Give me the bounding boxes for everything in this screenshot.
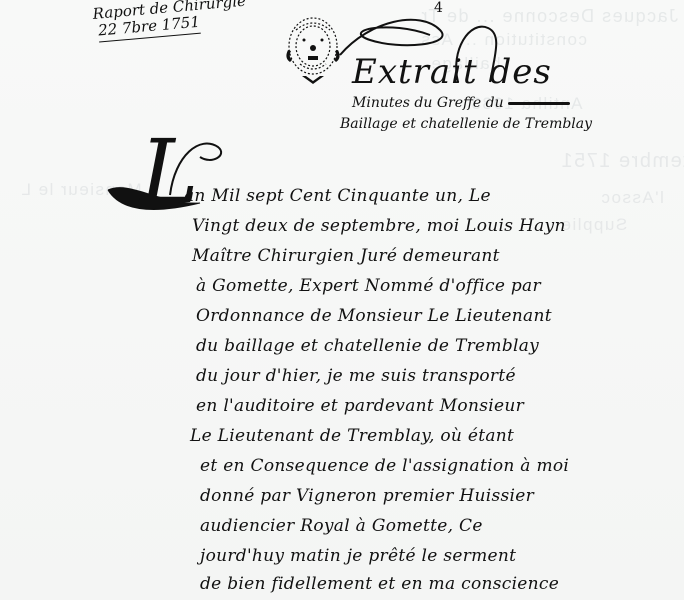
body-line: du baillage et chatellenie de Tremblay xyxy=(196,336,539,356)
body-line: du jour d'hier, je me suis transporté xyxy=(196,366,516,386)
body-line: à Gomette, Expert Nommé d'office par xyxy=(196,276,541,296)
document-title: Extrait des xyxy=(352,52,552,92)
body-line: Le Lieutenant de Tremblay, où étant xyxy=(190,426,514,446)
document-subtitle-line1: Minutes du Greffe du xyxy=(352,95,570,111)
body-line: audiencier Royal à Gomette, Ce xyxy=(200,516,483,536)
body-line: Maître Chirurgien Juré demeurant xyxy=(192,246,500,266)
bleed-fragment: Supplie xyxy=(560,215,627,235)
body-line: et en Consequence de l'assignation à moi xyxy=(200,456,569,476)
body-line: Ordonnance de Monsieur Le Lieutenant xyxy=(196,306,552,326)
manuscript-page: de Jacques Desconne ... de Tr constituti… xyxy=(0,0,684,600)
bleed-through-text: de Jacques Desconne ... de Tr constituti… xyxy=(0,0,684,600)
bleed-fragment: 21 septembre 1751 xyxy=(560,150,684,173)
document-subtitle-line2: Baillage et chatellenie de Tremblay xyxy=(340,116,592,132)
body-line: en l'auditoire et pardevant Monsieur xyxy=(196,396,524,416)
body-line: an Mil sept Cent Cinquante un, Le xyxy=(184,186,491,206)
bleed-fragment: l'Assoc xyxy=(600,188,664,208)
body-line: Vingt deux de septembre, moi Louis Hayn xyxy=(192,216,566,236)
body-line: jourd'huy matin je prêté le serment xyxy=(200,546,516,566)
body-line: donné par Vigneron premier Huissier xyxy=(200,486,534,506)
body-line: de bien fidellement et en ma conscience xyxy=(200,574,559,594)
